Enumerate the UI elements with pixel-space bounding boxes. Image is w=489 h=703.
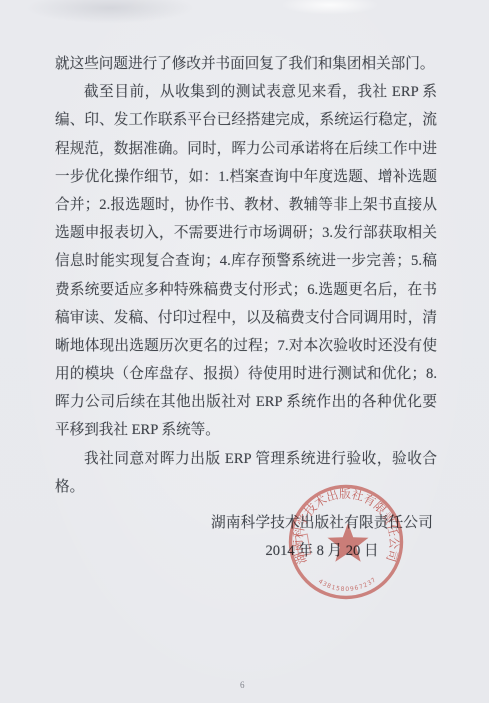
official-seal-stamp: 湖南科学技术出版社有限责任公司 4381580967237 bbox=[286, 482, 406, 602]
seal-code-text: 4381580967237 bbox=[317, 576, 378, 593]
text-line: 稿审读、发稿、付印过程中，以及稿费支付合同调用时，清 bbox=[55, 304, 437, 332]
text-line: 合并；2.报选题时，协作书、教材、教辅等非上架书直接从 bbox=[55, 191, 437, 219]
text-line: 编、印、发工作联系平台已经搭建完成，系统运行稳定，流 bbox=[55, 106, 437, 134]
text-line: 平移到我社 ERP 系统等。 bbox=[55, 416, 437, 444]
body-text: 就这些问题进行了修改并书面回复了我们和集团相关部门。截至目前，从收集到的测试表意… bbox=[55, 50, 437, 501]
text-line: 我社同意对晖力出版 ERP 管理系统进行验收，验收合 bbox=[55, 445, 437, 473]
text-line: 费系统要适应多种特殊稿费支付形式；6.选题更名后，在书 bbox=[55, 276, 437, 304]
text-line: 程规范，数据准确。同时，晖力公司承诺将在后续工作中进 bbox=[55, 135, 437, 163]
text-line: 一步优化操作细节，如：1.档案查询中年度选题、增补选题 bbox=[55, 163, 437, 191]
text-line: 晖力公司后续在其他出版社对 ERP 系统作出的各种优化要 bbox=[55, 388, 437, 416]
text-line: 信息时能实现复合查询；4.库存预警系统进一步完善；5.稿 bbox=[55, 247, 437, 275]
text-line: 用的模块（仓库盘存、报损）待使用时进行测试和优化；8. bbox=[55, 360, 437, 388]
text-line: 截至目前，从收集到的测试表意见来看，我社 ERP 系统 bbox=[55, 78, 437, 106]
page-number: 6 bbox=[240, 680, 245, 690]
text-line: 晰地体现出选题历次更名的过程；7.对本次验收时还没有使 bbox=[55, 332, 437, 360]
seal-star-icon bbox=[328, 523, 369, 562]
text-line: 就这些问题进行了修改并书面回复了我们和集团相关部门。 bbox=[55, 50, 437, 78]
scanned-document-page: 就这些问题进行了修改并书面回复了我们和集团相关部门。截至目前，从收集到的测试表意… bbox=[0, 0, 489, 703]
text-line: 选题申报表切入，不需要进行市场调研；3.发行部获取相关 bbox=[55, 219, 437, 247]
